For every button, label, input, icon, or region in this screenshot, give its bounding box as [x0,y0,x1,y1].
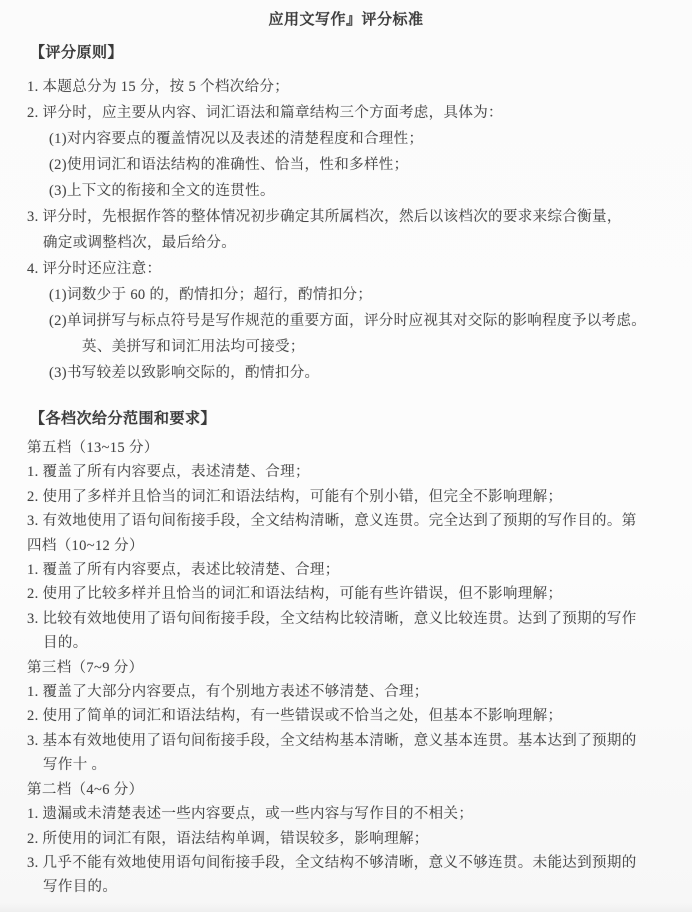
document-page: 应用文写作』评分标准 【评分原则】1. 本题总分为 15 分，按 5 个档次给分… [0,0,692,912]
text-line: 写作目的。 [0,875,692,899]
text-line: (1)词数少于 60 的，酌情扣分；超行，酌情扣分； [0,282,692,308]
text-line: (3)书写较差以致影响交际的，酌情扣分。 [0,360,692,386]
text-line: 1. 覆盖了大部分内容要点，有个别地方表述不够清楚、合理； [0,680,692,704]
text-line: (2)使用词汇和语法结构的准确性、恰当，性和多样性； [0,152,692,178]
section-2: 【各档次给分范围和要求】第五档（13~15 分）1. 覆盖了所有内容要点，表述清… [0,408,692,900]
text-line: 确定或调整档次，最后给分。 [0,230,692,256]
text-line: 2. 使用了比较多样并且恰当的词汇和语法结构，可能有些许错误，但不影响理解； [0,582,692,606]
text-line: 2. 使用了简单的词汇和语法结构，有一些错误或不恰当之处，但基本不影响理解； [0,704,692,728]
text-line: 第三档（7~9 分） [0,656,692,680]
text-line: 3. 基本有效地使用了语句间衔接手段，全文结构基本清晰，意义基本连贯。基本达到了… [0,729,692,753]
text-line: 目的。 [0,631,692,655]
text-line: 写作十 。 [0,753,692,777]
text-line: 3. 有效地使用了语句间衔接手段，全文结构清晰，意义连贯。完全达到了预期的写作目… [0,509,692,533]
text-line: 3. 评分时，先根据作答的整体情况初步确定其所属档次，然后以该档次的要求来综合衡… [0,204,692,230]
text-line: 第二档（4~6 分） [0,778,692,802]
text-line: 1. 覆盖了所有内容要点，表述比较清楚、合理； [0,558,692,582]
text-line: 1. 覆盖了所有内容要点，表述清楚、合理； [0,460,692,484]
text-line: (3)上下文的衔接和全文的连贯性。 [0,178,692,204]
sections-container: 【评分原则】1. 本题总分为 15 分，按 5 个档次给分；2. 评分时，应主要… [0,42,692,900]
text-line: 1. 遗漏或未清楚表述一些内容要点，或一些内容与写作目的不相关； [0,802,692,826]
text-line: 3. 几乎不能有效地使用语句间衔接手段，全文结构不够清晰，意义不够连贯。未能达到… [0,851,692,875]
text-line: 1. 本题总分为 15 分，按 5 个档次给分； [0,74,692,100]
text-line: (1)对内容要点的覆盖情况以及表述的清楚程度和合理性； [0,126,692,152]
text-line: 2. 评分时，应主要从内容、词汇语法和篇章结构三个方面考虑，具体为： [0,100,692,126]
text-line: 4. 评分时还应注意： [0,256,692,282]
text-line: 第五档（13~15 分） [0,436,692,460]
text-line: (2)单词拼写与标点符号是写作规范的重要方面，评分时应视其对交际的影响程度予以考… [0,308,692,334]
section-1: 【评分原则】1. 本题总分为 15 分，按 5 个档次给分；2. 评分时，应主要… [0,42,692,386]
text-line: 英、美拼写和词汇用法均可接受； [0,334,692,360]
document-title: 应用文写作』评分标准 [0,0,692,30]
section-lines: 第五档（13~15 分）1. 覆盖了所有内容要点，表述清楚、合理；2. 使用了多… [0,436,692,900]
section-lines: 1. 本题总分为 15 分，按 5 个档次给分；2. 评分时，应主要从内容、词汇… [0,74,692,386]
text-line: 3. 比较有效地使用了语句间衔接手段，全文结构比较清晰，意义比较连贯。达到了预期… [0,607,692,631]
section-heading: 【评分原则】 [30,42,692,64]
text-line: 2. 所使用的词汇有限，语法结构单调，错误较多，影响理解； [0,827,692,851]
section-heading: 【各档次给分范围和要求】 [30,408,692,430]
text-line: 四档（10~12 分） [0,534,692,558]
text-line: 2. 使用了多样并且恰当的词汇和语法结构，可能有个别小错，但完全不影响理解； [0,485,692,509]
